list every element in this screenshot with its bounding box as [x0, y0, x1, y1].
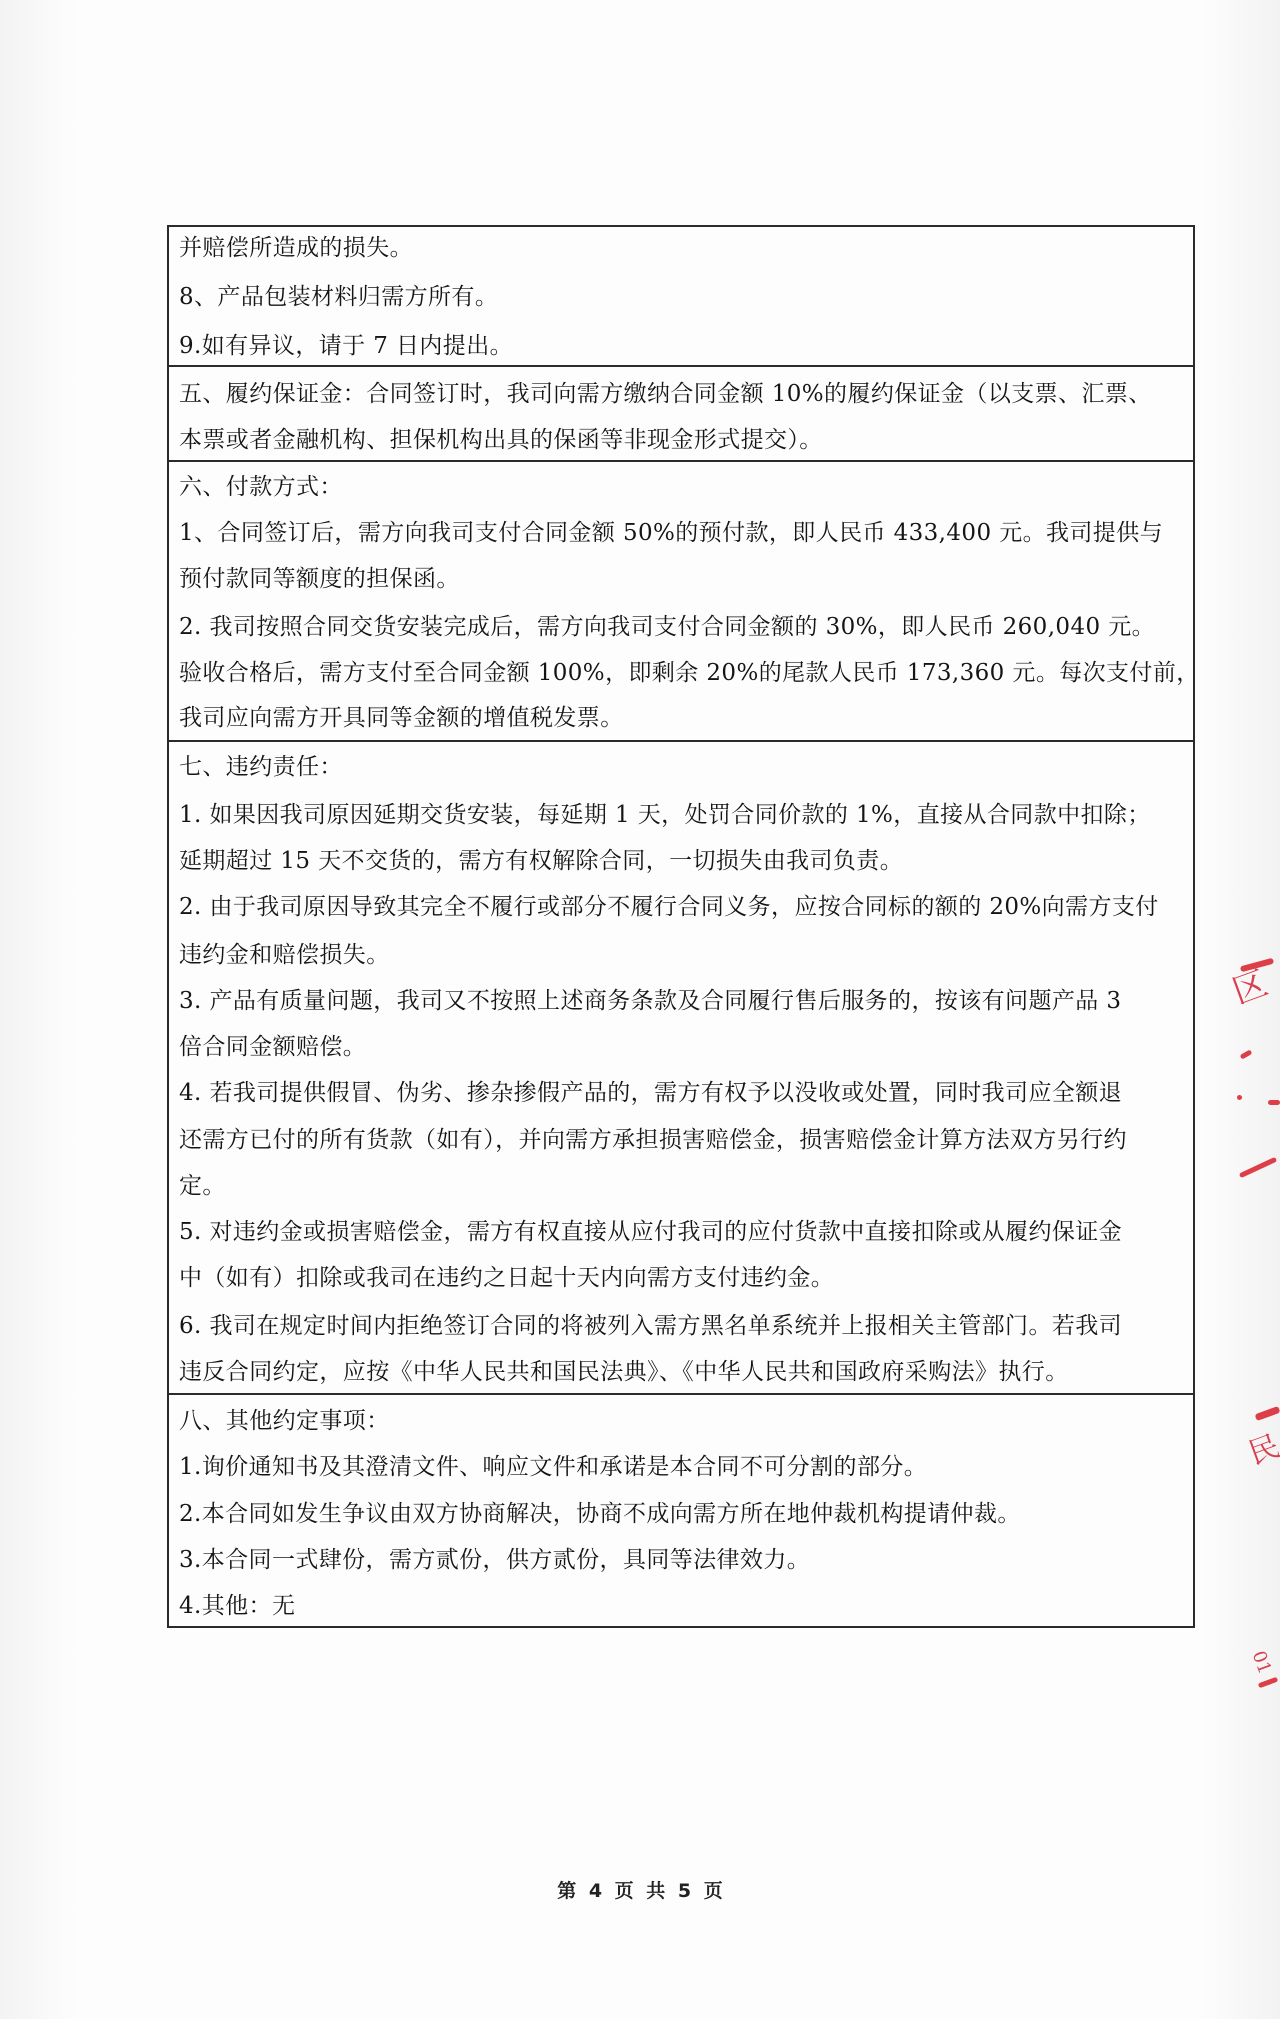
row-divider: [167, 1393, 1195, 1395]
clause-line: 我司应向需方开具同等金额的增值税发票。: [179, 703, 1189, 733]
clause-line: 中（如有）扣除或我司在违约之日起十天内向需方支付违约金。: [179, 1263, 1189, 1293]
clause-line: 预付款同等额度的担保函。: [179, 564, 1189, 594]
row-divider: [167, 365, 1195, 367]
clause-packaging: 8、产品包装材料归需方所有。: [179, 282, 1189, 312]
clause-line: 1、合同签订后，需方向我司支付合同金额 50%的预付款，即人民币 433,400…: [179, 518, 1189, 548]
clause-line: 违反合同约定，应按《中华人民共和国民法典》、《中华人民共和国政府采购法》执行。: [179, 1357, 1189, 1387]
clause-line: 1.询价通知书及其澄清文件、响应文件和承诺是本合同不可分割的部分。: [179, 1452, 1189, 1482]
seal-stroke: [1237, 1095, 1242, 1100]
clause-line: 3. 产品有质量问题，我司又不按照上述商务条款及合同履行售后服务的，按该有问题产…: [179, 986, 1189, 1016]
clause-line: 1. 如果因我司原因延期交货安装，每延期 1 天，处罚合同价款的 1%，直接从合…: [179, 800, 1189, 830]
clause-line: 本票或者金融机构、担保机构出具的保函等非现金形式提交）。: [179, 425, 1189, 455]
section-heading-payment-method: 六、付款方式：: [179, 472, 1189, 502]
row-divider: [167, 740, 1195, 742]
clause-line: 2. 由于我司原因导致其完全不履行或部分不履行合同义务，应按合同标的额的 20%…: [179, 892, 1189, 922]
section-heading-breach-liability: 七、违约责任：: [179, 752, 1189, 782]
clause-line: 验收合格后，需方支付至合同金额 100%，即剩余 20%的尾款人民币 173,3…: [179, 658, 1189, 688]
clause-line: 2. 我司按照合同交货安装完成后，需方向我司支付合同金额的 30%，即人民币 2…: [179, 612, 1189, 642]
clause-line: 2.本合同如发生争议由双方协商解决，协商不成向需方所在地仲裁机构提请仲裁。: [179, 1499, 1189, 1529]
clause-line: 还需方已付的所有货款（如有），并向需方承担损害赔偿金，损害赔偿金计算方法双方另行…: [179, 1125, 1189, 1155]
clause-line: 并赔偿所造成的损失。: [179, 233, 1189, 263]
clause-objection: 9.如有异议，请于 7 日内提出。: [179, 331, 1189, 361]
clause-line: 违约金和赔偿损失。: [179, 940, 1189, 970]
page-number-footer: 第 4 页 共 5 页: [0, 1876, 1280, 1903]
clause-line: 5. 对违约金或损害赔偿金，需方有权直接从应付我司的应付货款中直接扣除或从履约保…: [179, 1217, 1189, 1247]
seal-stroke: [1268, 1100, 1280, 1105]
section-heading-other-terms: 八、其他约定事项：: [179, 1406, 1189, 1436]
clause-line: 延期超过 15 天不交货的，需方有权解除合同，一切损失由我司负责。: [179, 846, 1189, 876]
clause-line: 6. 我司在规定时间内拒绝签订合同的将被列入需方黑名单系统并上报相关主管部门。若…: [179, 1311, 1189, 1341]
row-divider: [167, 460, 1195, 462]
clause-line: 定。: [179, 1171, 1189, 1201]
clause-line: 4. 若我司提供假冒、伪劣、掺杂掺假产品的，需方有权予以没收或处置，同时我司应全…: [179, 1078, 1189, 1108]
clause-line: 倍合同金额赔偿。: [179, 1032, 1189, 1062]
clause-line: 3.本合同一式肆份，需方贰份，供方贰份，具同等法律效力。: [179, 1545, 1189, 1575]
clause-line: 4.其他：无: [179, 1591, 1189, 1621]
section-heading-performance-bond: 五、履约保证金：合同签订时，我司向需方缴纳合同金额 10%的履约保证金（以支票、…: [179, 379, 1189, 409]
